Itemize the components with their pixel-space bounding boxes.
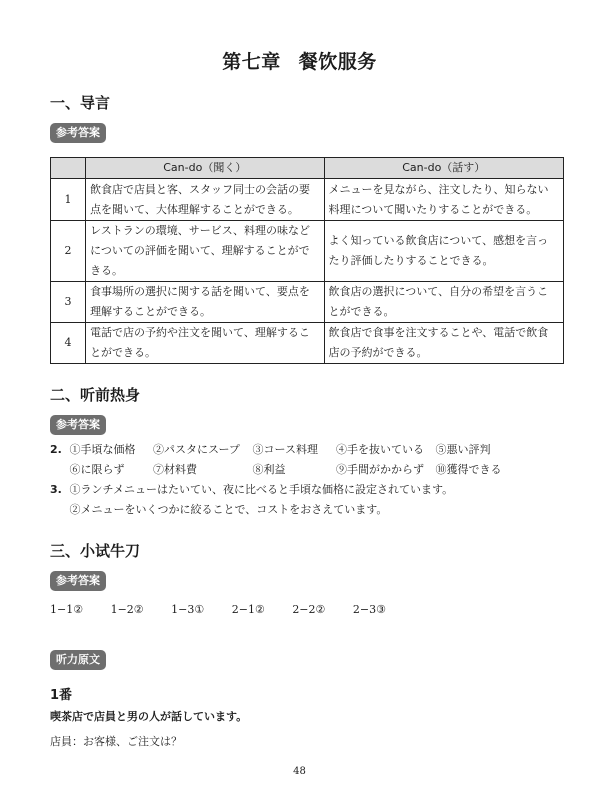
- cando-listen-cell: 飲食店で店員と客、スタッフ同士の会話の要点を聞いて、大体理解することができる。: [86, 179, 324, 221]
- answer-item: ⑧利益: [253, 460, 333, 480]
- section-heading-practice: 三、小试牛刀: [50, 540, 140, 561]
- answer-item: ⑤悪い評判: [436, 440, 491, 460]
- practice-answers: 1−1② 1−2② 1−3① 2−1② 2−2② 2−3③: [50, 603, 410, 616]
- answer-item: ①ランチメニューはたいてい、夜に比べると手頃な価格に設定されています。: [70, 480, 454, 500]
- answer-item: 2−3③: [353, 603, 386, 616]
- transcript-line: 店員：お客様、ご注文は？: [50, 733, 182, 749]
- row-number: 3: [51, 282, 86, 323]
- answer-item: ③コース料理: [253, 440, 333, 460]
- cando-listen-cell: 食事場所の選択に関する話を聞いて、要点を理解することができる。: [86, 282, 324, 323]
- answer-q3-line2: ②メニューをいくつかに絞ることで、コストをおさえています。: [50, 500, 387, 520]
- cando-listen-cell: レストランの環境、サービス、料理の味などについての評価を聞いて、理解することがで…: [86, 221, 324, 282]
- answer-item: ⑦材料費: [153, 460, 249, 480]
- table-header-row: Can-do（聞く） Can-do（話す）: [51, 158, 564, 179]
- answer-item: ①手頃な価格: [70, 440, 150, 460]
- answer-item: 1−1②: [50, 603, 83, 616]
- answer-item: 2−1②: [232, 603, 265, 616]
- cando-speak-cell: メニューを見ながら、注文したり、知らない料理について聞いたりすることができる。: [324, 179, 563, 221]
- reference-answer-badge: 参考答案: [50, 415, 106, 435]
- page-title: 第七章餐饮服务: [0, 47, 599, 74]
- question-number: 3.: [50, 480, 66, 500]
- question-number: 2.: [50, 440, 66, 460]
- row-number: 4: [51, 323, 86, 364]
- row-number: 1: [51, 179, 86, 221]
- table-row: 3 食事場所の選択に関する話を聞いて、要点を理解することができる。 飲食店の選択…: [51, 282, 564, 323]
- table-row: 1 飲食店で店員と客、スタッフ同士の会話の要点を聞いて、大体理解することができる…: [51, 179, 564, 221]
- section-heading-intro: 一、导言: [50, 92, 110, 113]
- answer-item: 2−2②: [292, 603, 325, 616]
- chapter-name: 餐饮服务: [299, 51, 377, 73]
- answer-q2-line2: ⑥に限らず ⑦材料費 ⑧利益 ⑨手間がかからず ⑩獲得できる: [50, 460, 502, 480]
- page-number: 48: [0, 766, 599, 777]
- header-num: [51, 158, 86, 179]
- answer-item: ⑩獲得できる: [436, 460, 502, 480]
- answer-q2-line1: 2. ①手頃な価格 ②パスタにスープ ③コース料理 ④手を抜いている ⑤悪い評判: [50, 440, 491, 460]
- cando-table: Can-do（聞く） Can-do（話す） 1 飲食店で店員と客、スタッフ同士の…: [50, 157, 564, 364]
- transcript-heading: 1番: [50, 684, 72, 703]
- answer-item: 1−2②: [111, 603, 144, 616]
- answer-item: ②パスタにスープ: [153, 440, 249, 460]
- answer-item: ⑥に限らず: [70, 460, 150, 480]
- header-listen: Can-do（聞く）: [86, 158, 324, 179]
- header-speak: Can-do（話す）: [324, 158, 563, 179]
- table-row: 4 電話で店の予約や注文を聞いて、理解することができる。 飲食店で食事を注文する…: [51, 323, 564, 364]
- cando-speak-cell: 飲食店の選択について、自分の希望を言うことができる。: [324, 282, 563, 323]
- cando-listen-cell: 電話で店の予約や注文を聞いて、理解することができる。: [86, 323, 324, 364]
- chapter-number: 第七章: [222, 51, 281, 73]
- answer-item: ②メニューをいくつかに絞ることで、コストをおさえています。: [70, 500, 388, 520]
- answer-item: ④手を抜いている: [336, 440, 432, 460]
- reference-answer-badge: 参考答案: [50, 123, 106, 143]
- cando-speak-cell: 飲食店で食事を注文することや、電話で飲食店の予約ができる。: [324, 323, 563, 364]
- row-number: 2: [51, 221, 86, 282]
- answer-item: 1−3①: [171, 603, 204, 616]
- reference-answer-badge: 参考答案: [50, 571, 106, 591]
- transcript-intro: 喫茶店で店員と男の人が話しています。: [50, 708, 247, 724]
- answer-q3-line1: 3. ①ランチメニューはたいてい、夜に比べると手頃な価格に設定されています。: [50, 480, 453, 500]
- cando-speak-cell: よく知っている飲食店について、感想を言ったり評価したりすることできる。: [324, 221, 563, 282]
- answer-item: ⑨手間がかからず: [336, 460, 432, 480]
- table-row: 2 レストランの環境、サービス、料理の味などについての評価を聞いて、理解すること…: [51, 221, 564, 282]
- transcript-badge: 听力原文: [50, 650, 106, 670]
- section-heading-warmup: 二、听前热身: [50, 384, 140, 405]
